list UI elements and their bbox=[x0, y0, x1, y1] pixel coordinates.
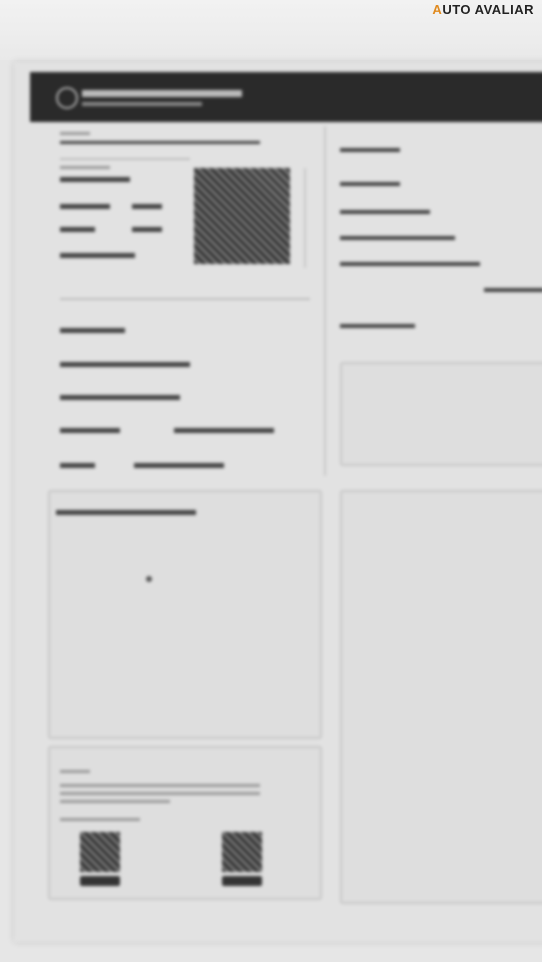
observations-box bbox=[48, 490, 322, 739]
app-qr-code-2 bbox=[222, 832, 262, 872]
header-title bbox=[82, 90, 242, 97]
app-qr-code-1 bbox=[80, 832, 120, 872]
logo-text: UTO AVALIAR bbox=[442, 2, 534, 17]
restrictions-table bbox=[340, 362, 542, 466]
logo-accent: A bbox=[432, 2, 442, 17]
auto-avaliar-logo: AUTO AVALIAR bbox=[432, 2, 534, 17]
qr-code bbox=[194, 168, 290, 264]
coat-of-arms-icon bbox=[56, 87, 78, 109]
right-info-box bbox=[340, 490, 542, 904]
document-paper bbox=[14, 62, 542, 942]
digital-info-box bbox=[48, 746, 322, 900]
document-header bbox=[30, 72, 542, 122]
header-subtitle bbox=[82, 102, 202, 106]
